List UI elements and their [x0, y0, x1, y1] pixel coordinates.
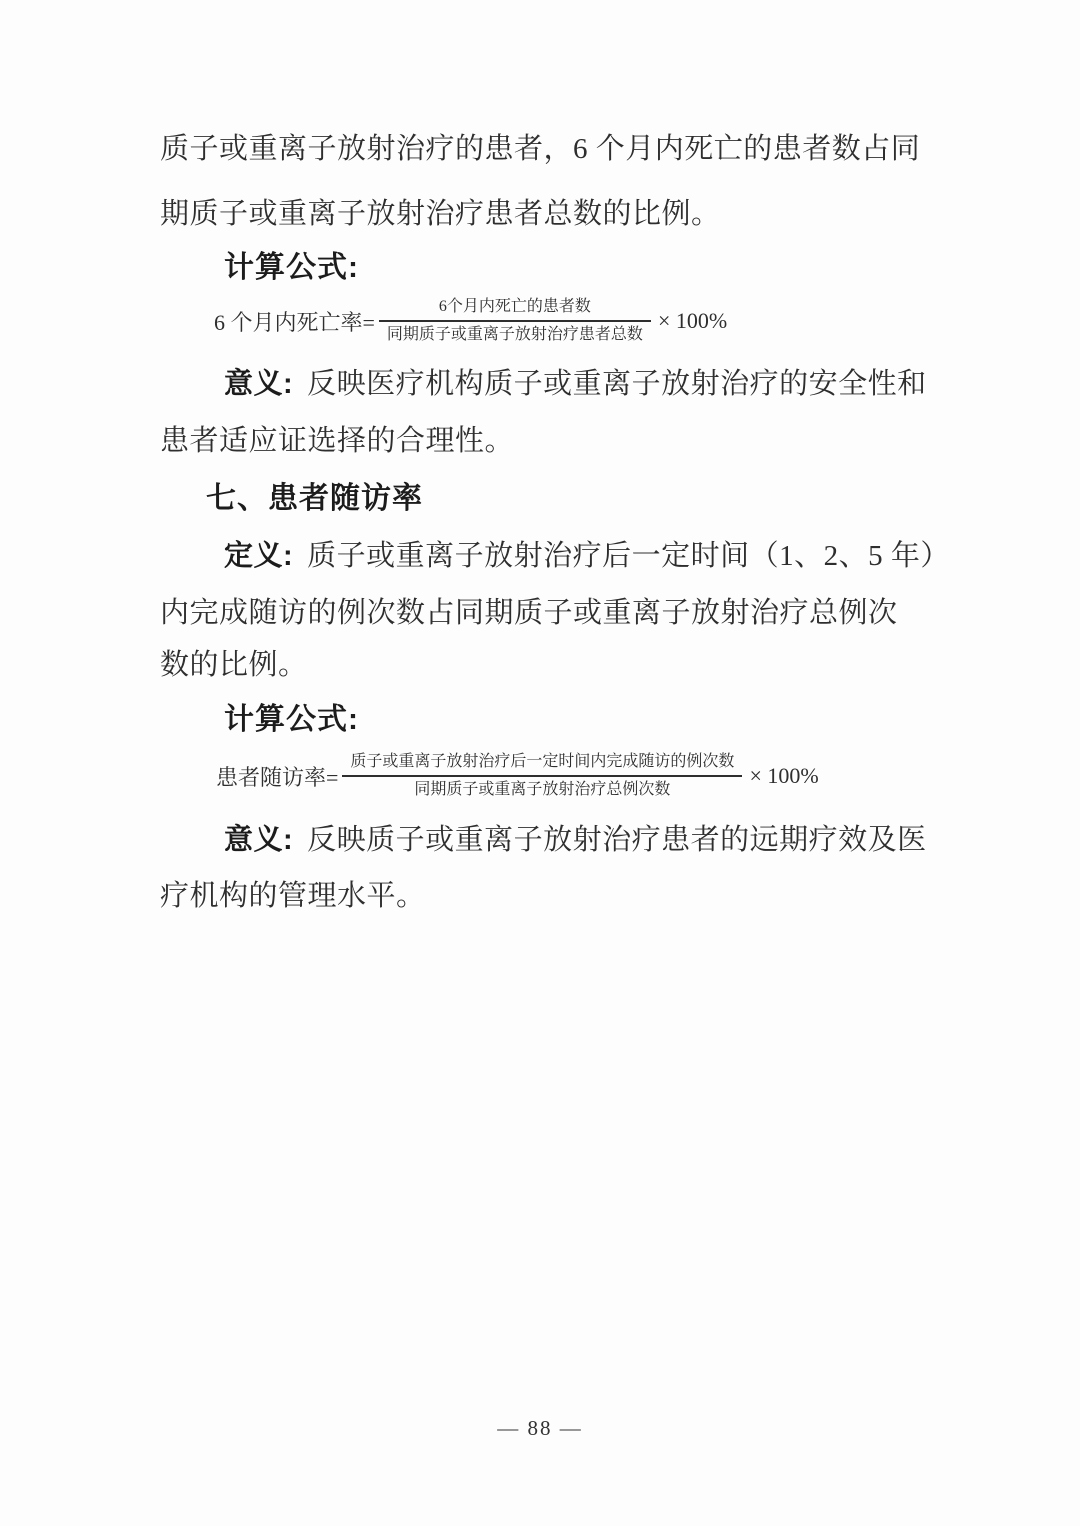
followup-significance-line-2: 疗机构的管理水平。	[160, 878, 426, 914]
death-rate-formula-rhs: × 100%	[658, 308, 727, 334]
followup-significance-text: 反映质子或重离子放射治疗患者的远期疗效及医	[307, 824, 927, 856]
death-rate-definition-line-1: 质子或重离子放射治疗的患者，6 个月内死亡的患者数占同	[160, 131, 920, 167]
document-page: 质子或重离子放射治疗的患者，6 个月内死亡的患者数占同 期质子或重离子放射治疗患…	[0, 0, 1080, 1526]
followup-formula: 患者随访率= 质子或重离子放射治疗后一定时间内完成随访的例次数 同期质子或重离子…	[216, 752, 819, 800]
death-rate-formula-heading: 计算公式:	[224, 250, 359, 286]
followup-formula-denominator: 同期质子或重离子放射治疗总例次数	[342, 777, 742, 800]
death-rate-formula-numerator: 6个月内死亡的患者数	[379, 297, 651, 322]
death-rate-definition-line-2: 期质子或重离子放射治疗患者总数的比例。	[160, 196, 721, 232]
death-rate-formula-lhs: 6 个月内死亡率=	[214, 306, 375, 337]
followup-formula-fraction: 质子或重离子放射治疗后一定时间内完成随访的例次数 同期质子或重离子放射治疗总例次…	[342, 752, 742, 800]
followup-formula-lhs: 患者随访率=	[216, 761, 338, 792]
followup-definition-line-3: 数的比例。	[160, 647, 308, 683]
followup-significance-label: 意义:	[224, 824, 293, 856]
followup-definition-label: 定义:	[224, 540, 293, 572]
death-rate-formula-fraction: 6个月内死亡的患者数 同期质子或重离子放射治疗患者总数	[379, 297, 651, 345]
death-rate-formula-denominator: 同期质子或重离子放射治疗患者总数	[379, 322, 651, 345]
followup-definition-text: 质子或重离子放射治疗后一定时间（1、2、5 年）	[307, 540, 950, 572]
page-number: — 88 —	[0, 1416, 1080, 1441]
death-rate-significance-label: 意义:	[224, 368, 293, 400]
death-rate-significance-text: 反映医疗机构质子或重离子放射治疗的安全性和	[307, 368, 927, 400]
followup-definition-line-1: 定义:质子或重离子放射治疗后一定时间（1、2、5 年）	[224, 538, 950, 574]
followup-section-heading: 七、患者随访率	[206, 481, 423, 517]
death-rate-significance-line-1: 意义:反映医疗机构质子或重离子放射治疗的安全性和	[224, 366, 927, 402]
followup-formula-numerator: 质子或重离子放射治疗后一定时间内完成随访的例次数	[342, 752, 742, 777]
followup-formula-heading: 计算公式:	[224, 702, 359, 738]
followup-definition-line-2: 内完成随访的例次数占同期质子或重离子放射治疗总例次	[160, 595, 898, 631]
followup-formula-rhs: × 100%	[749, 763, 818, 789]
death-rate-significance-line-2: 患者适应证选择的合理性。	[160, 423, 514, 459]
death-rate-formula: 6 个月内死亡率= 6个月内死亡的患者数 同期质子或重离子放射治疗患者总数 × …	[214, 297, 727, 345]
followup-significance-line-1: 意义:反映质子或重离子放射治疗患者的远期疗效及医	[224, 822, 927, 858]
